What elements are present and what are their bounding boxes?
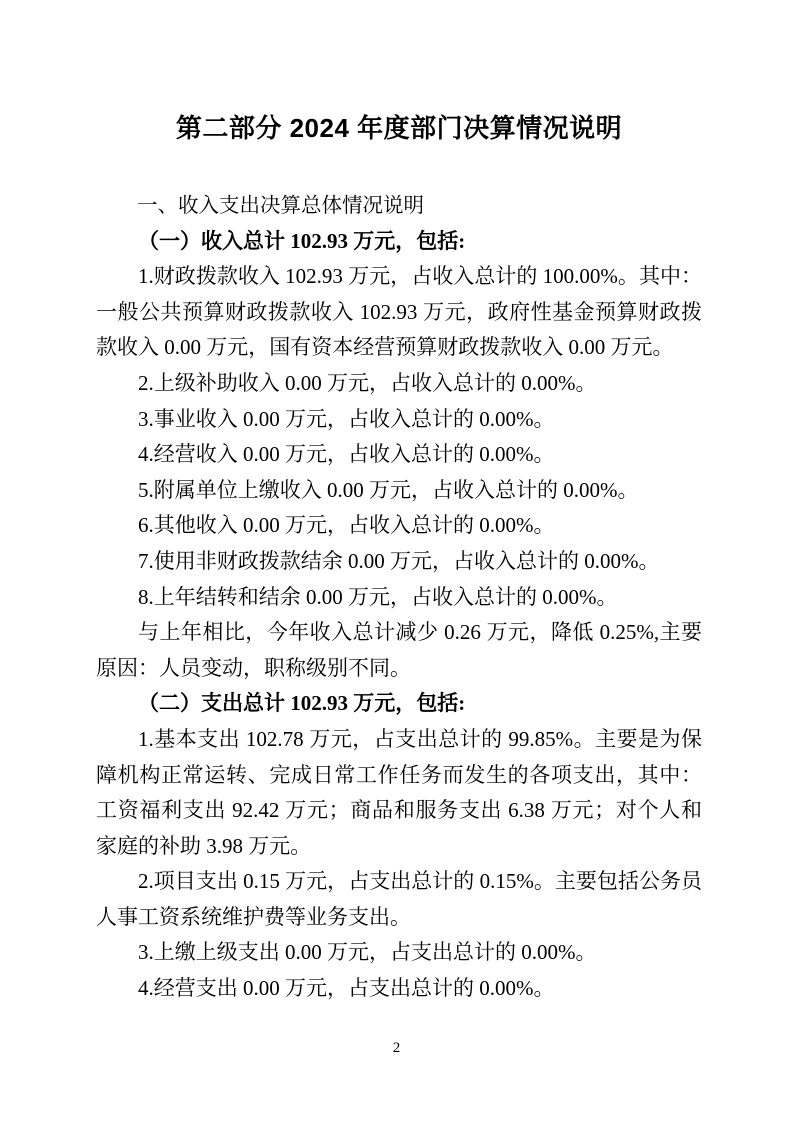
section-heading-overview: 一、收入支出决算总体情况说明 (96, 188, 702, 224)
page-number: 2 (0, 1038, 793, 1058)
paragraph-project-expenditure: 2.项目支出 0.15 万元，占支出总计的 0.15%。主要包括公务员人事工资系… (96, 864, 702, 935)
paragraph-carryover-income: 8.上年结转和结余 0.00 万元，占收入总计的 0.00%。 (96, 580, 702, 616)
paragraph-other-income: 6.其他收入 0.00 万元，占收入总计的 0.00%。 (96, 508, 702, 544)
paragraph-superior-subsidy-income: 2.上级补助收入 0.00 万元，占收入总计的 0.00%。 (96, 366, 702, 402)
paragraph-income-year-comparison: 与上年相比，今年收入总计减少 0.26 万元，降低 0.25%,主要原因：人员变… (96, 615, 702, 686)
paragraph-basic-expenditure: 1.基本支出 102.78 万元，占支出总计的 99.85%。主要是为保障机构正… (96, 722, 702, 864)
paragraph-fiscal-allocation-income: 1.财政拨款收入 102.93 万元，占收入总计的 100.00%。其中：一般公… (96, 259, 702, 366)
subheading-income-total: （一）收入总计 102.93 万元，包括: (96, 224, 702, 260)
paragraph-superior-remittance-expenditure: 3.上缴上级支出 0.00 万元，占支出总计的 0.00%。 (96, 935, 702, 971)
paragraph-subordinate-unit-income: 5.附属单位上缴收入 0.00 万元，占收入总计的 0.00%。 (96, 473, 702, 509)
paragraph-non-fiscal-balance-income: 7.使用非财政拨款结余 0.00 万元，占收入总计的 0.00%。 (96, 544, 702, 580)
document-content: 第二部分 2024 年度部门决算情况说明 一、收入支出决算总体情况说明 （一）收… (96, 112, 702, 1007)
paragraph-operating-expenditure: 4.经营支出 0.00 万元，占支出总计的 0.00%。 (96, 971, 702, 1007)
subheading-expenditure-total: （二）支出总计 102.93 万元，包括: (96, 686, 702, 722)
document-page: 第二部分 2024 年度部门决算情况说明 一、收入支出决算总体情况说明 （一）收… (0, 0, 793, 1122)
document-title: 第二部分 2024 年度部门决算情况说明 (96, 112, 702, 144)
paragraph-institutional-income: 3.事业收入 0.00 万元，占收入总计的 0.00%。 (96, 402, 702, 438)
paragraph-operating-income: 4.经营收入 0.00 万元，占收入总计的 0.00%。 (96, 437, 702, 473)
